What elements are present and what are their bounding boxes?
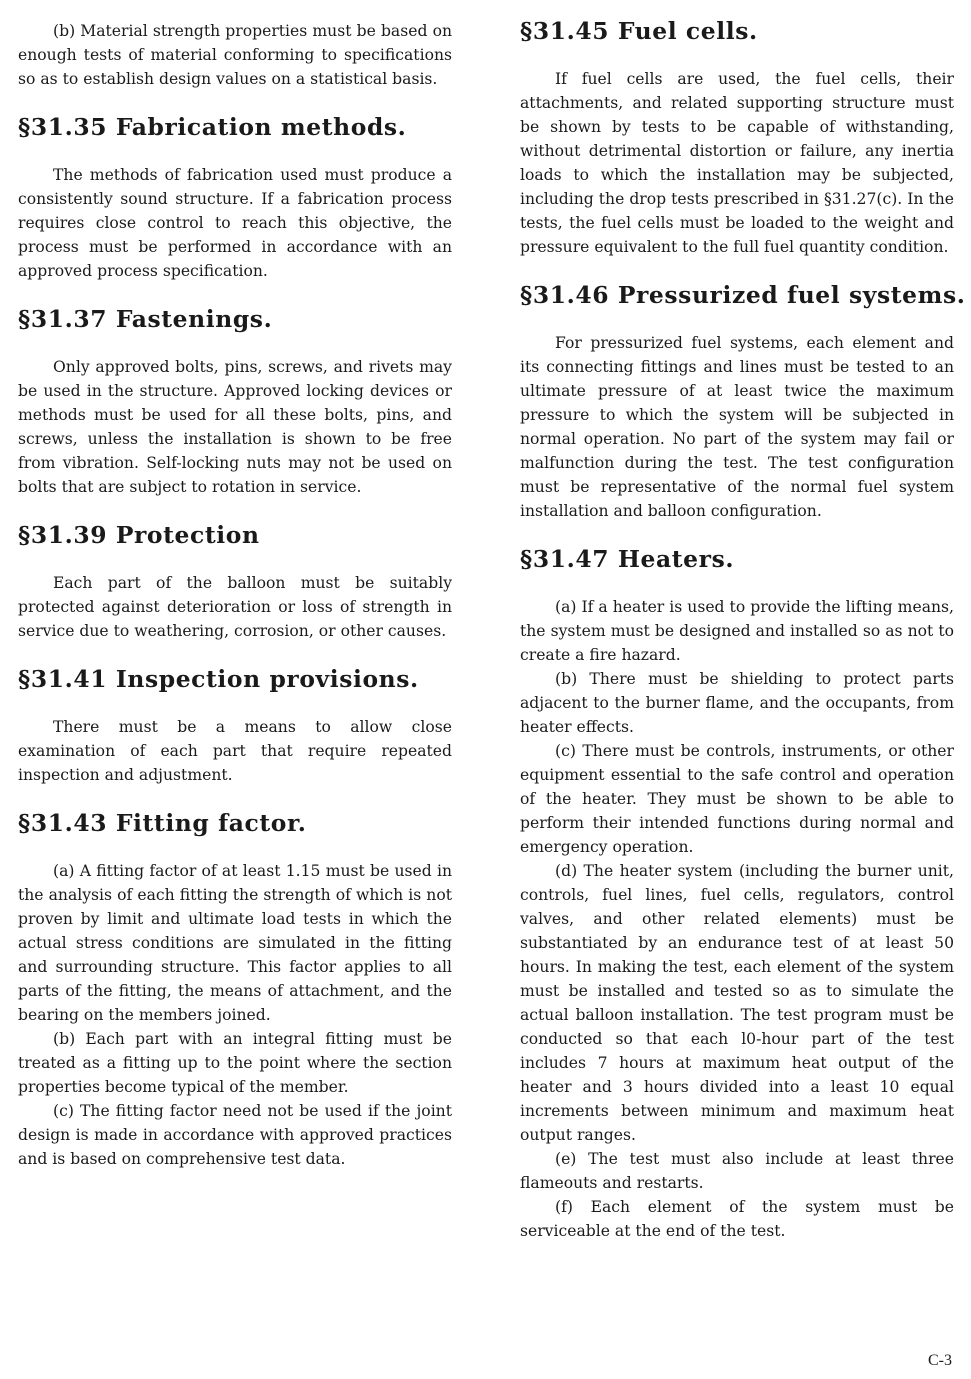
paragraph-heaters-b: (b) There must be shielding to protect p…: [520, 667, 954, 739]
heading-31-39: §31.39 Protection: [18, 523, 452, 547]
paragraph-heaters-d: (d) The heater system (including the bur…: [520, 859, 954, 1147]
page-number: C-3: [928, 1352, 952, 1370]
paragraph-fitting-factor-b: (b) Each part with an integral fitting m…: [18, 1027, 452, 1099]
paragraph-fabrication-methods: The methods of fabrication used must pro…: [18, 163, 452, 283]
paragraph-fastenings: Only approved bolts, pins, screws, and r…: [18, 355, 452, 499]
heading-31-46: §31.46 Pressurized fuel systems.: [520, 283, 954, 307]
paragraph-protection: Each part of the balloon must be suitabl…: [18, 571, 452, 643]
paragraph-heaters-a: (a) If a heater is used to provide the l…: [520, 595, 954, 667]
paragraph-fuel-cells: If fuel cells are used, the fuel cells, …: [520, 67, 954, 259]
paragraph-heaters-e: (e) The test must also include at least …: [520, 1147, 954, 1195]
paragraph-inspection-provisions: There must be a means to allow close exa…: [18, 715, 452, 787]
paragraph-material-strength-b: (b) Material strength properties must be…: [18, 19, 452, 91]
paragraph-pressurized-fuel-systems: For pressurized fuel systems, each eleme…: [520, 331, 954, 523]
paragraph-fitting-factor-c: (c) The fitting factor need not be used …: [18, 1099, 452, 1171]
paragraph-heaters-f: (f) Each element of the system must be s…: [520, 1195, 954, 1243]
heading-31-41: §31.41 Inspection provisions.: [18, 667, 452, 691]
heading-31-43: §31.43 Fitting factor.: [18, 811, 452, 835]
paragraph-heaters-c: (c) There must be controls, instruments,…: [520, 739, 954, 859]
heading-31-47: §31.47 Heaters.: [520, 547, 954, 571]
heading-31-45: §31.45 Fuel cells.: [520, 19, 954, 43]
heading-31-37: §31.37 Fastenings.: [18, 307, 452, 331]
left-column: (b) Material strength properties must be…: [18, 19, 452, 1171]
paragraph-fitting-factor-a: (a) A fitting factor of at least 1.15 mu…: [18, 859, 452, 1027]
right-column: §31.45 Fuel cells. If fuel cells are use…: [520, 19, 954, 1243]
heading-31-35: §31.35 Fabrication methods.: [18, 115, 452, 139]
